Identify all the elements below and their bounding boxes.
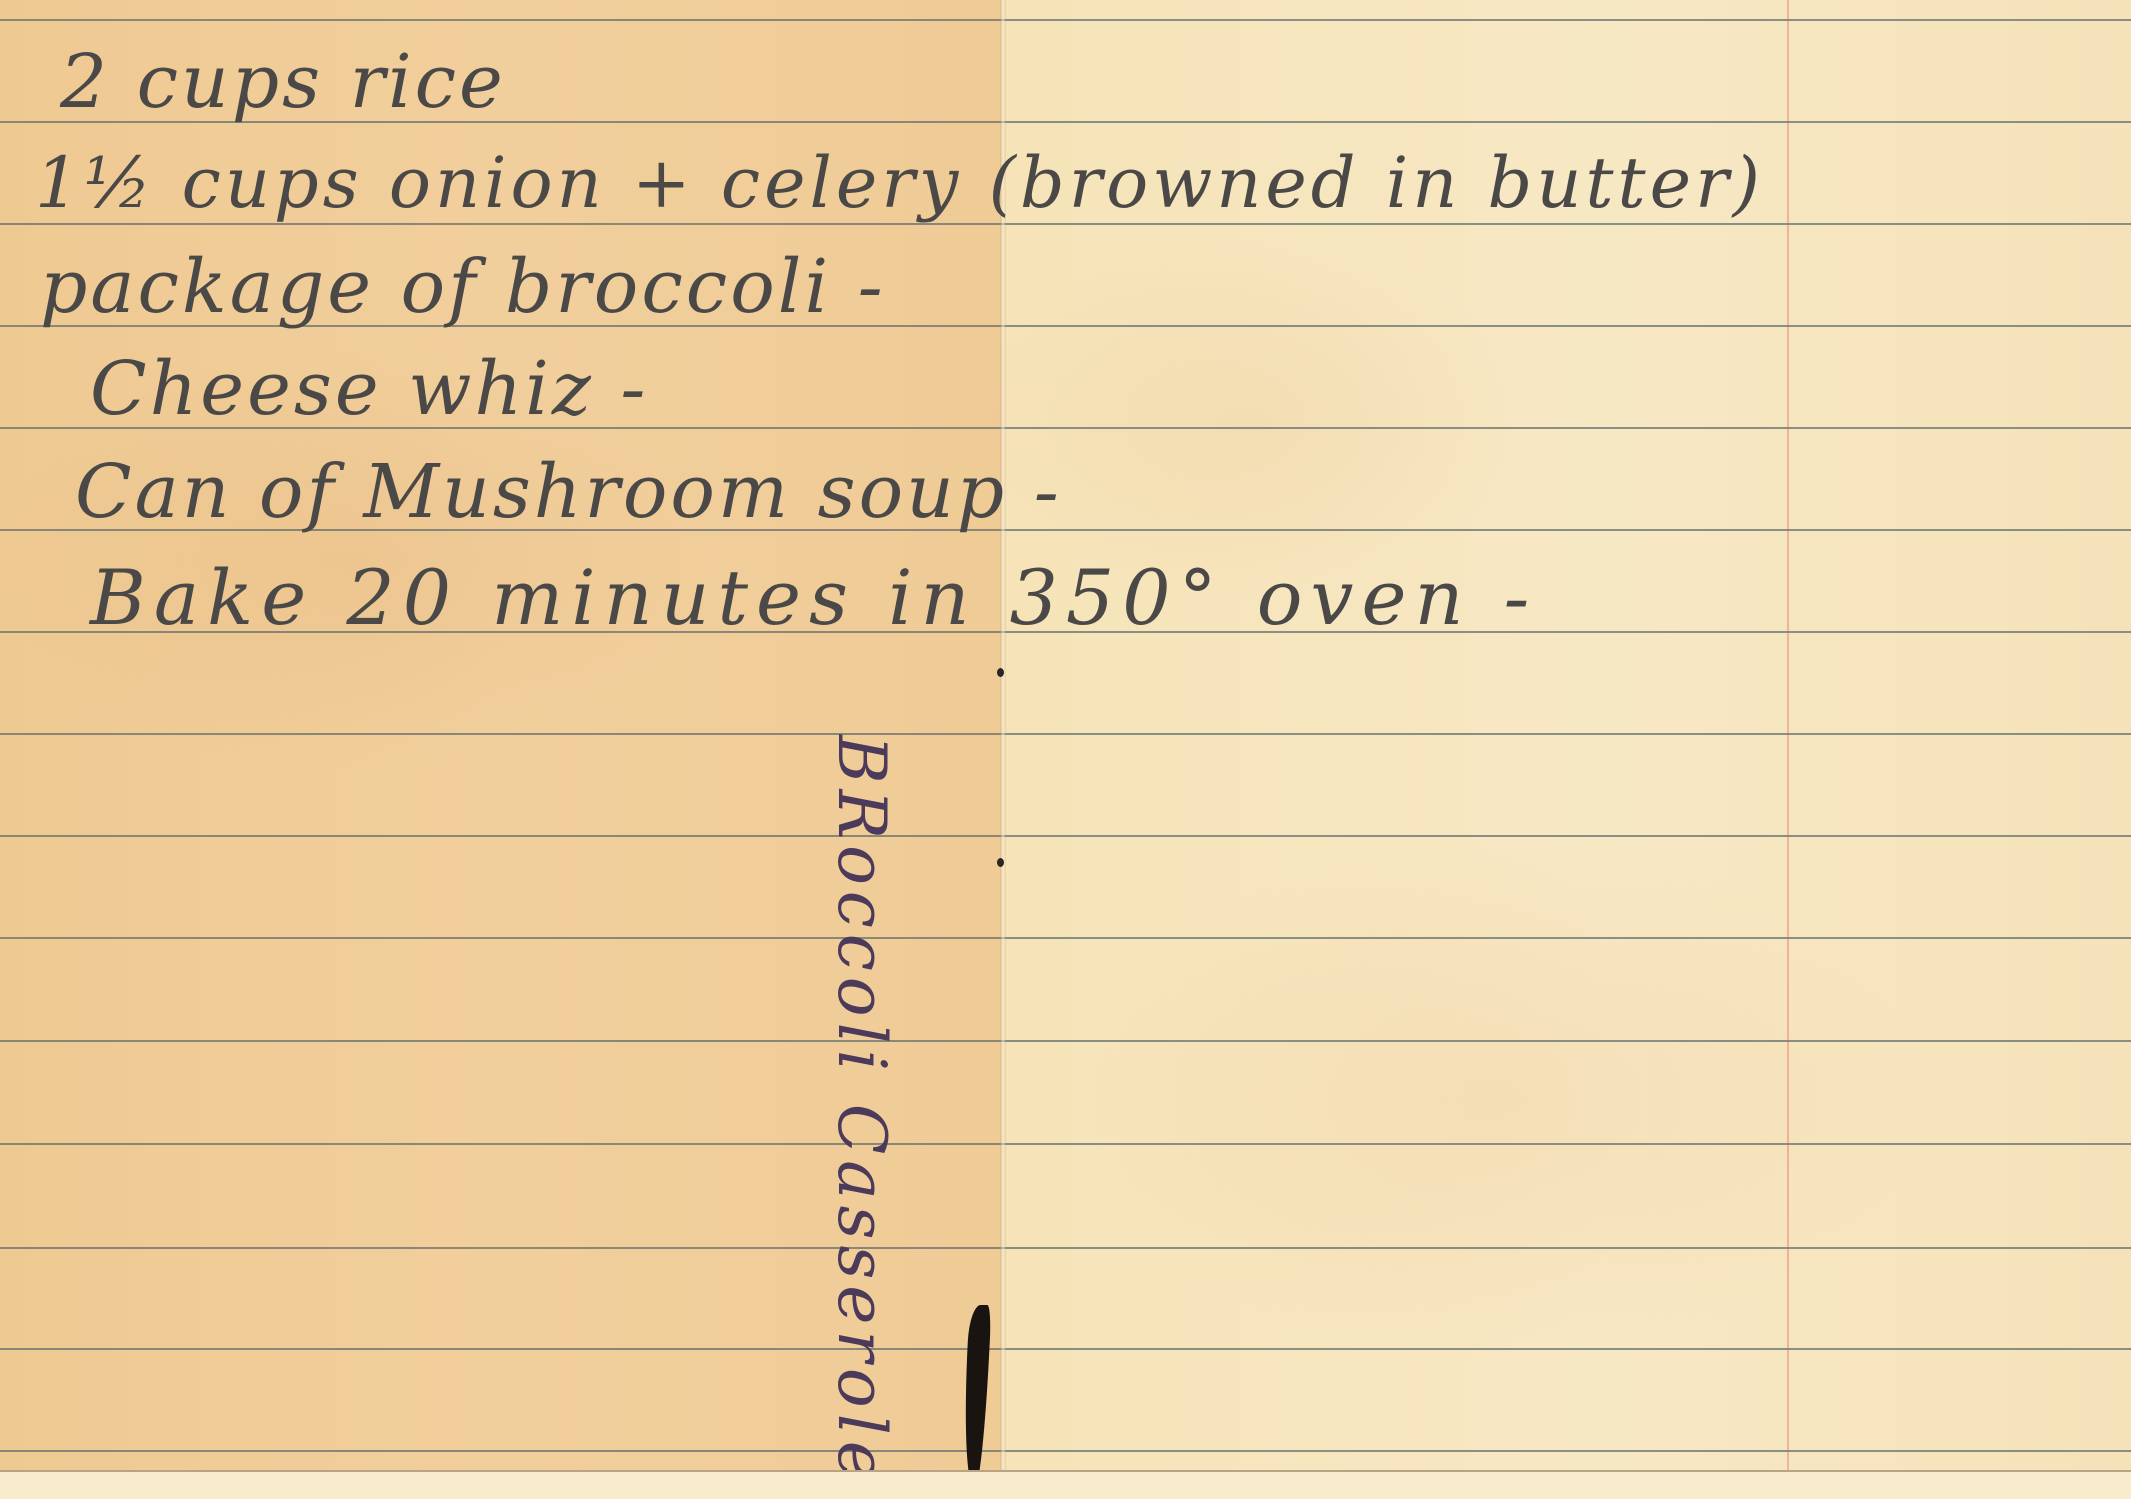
- recipe-line-5: Can of Mushroom soup -: [75, 455, 1062, 529]
- rule-line: [0, 1348, 2131, 1350]
- rule-line: [0, 1247, 2131, 1249]
- recipe-title-rotated: BRoccoli Casserole: [823, 735, 900, 1486]
- recipe-line-2: 1½ cups onion + celery (browned in butte…: [35, 148, 1764, 218]
- recipe-page: 2 cups rice 1½ cups onion + celery (brow…: [0, 0, 2131, 1499]
- paper-fold-crease: [1000, 0, 1006, 1499]
- recipe-line-6: Bake 20 minutes in 350° oven -: [90, 560, 1537, 636]
- rule-line: [0, 835, 2131, 837]
- rule-line: [0, 937, 2131, 939]
- recipe-line-1: 2 cups rice: [60, 45, 506, 119]
- paper-bottom-edge: [0, 1470, 2131, 1499]
- rule-line: [0, 1040, 2131, 1042]
- rule-line: [0, 733, 2131, 735]
- red-margin-line: [1787, 0, 1789, 1499]
- ruled-lines: [0, 0, 2131, 1499]
- recipe-line-3: package of broccoli -: [40, 250, 886, 324]
- ink-spot: [997, 858, 1004, 867]
- rule-line: [0, 1143, 2131, 1145]
- paper-tear: [960, 1305, 991, 1485]
- recipe-line-4: Cheese whiz -: [90, 352, 648, 426]
- ink-spot: [997, 668, 1004, 677]
- rule-line: [0, 19, 2131, 21]
- rule-line: [0, 1450, 2131, 1452]
